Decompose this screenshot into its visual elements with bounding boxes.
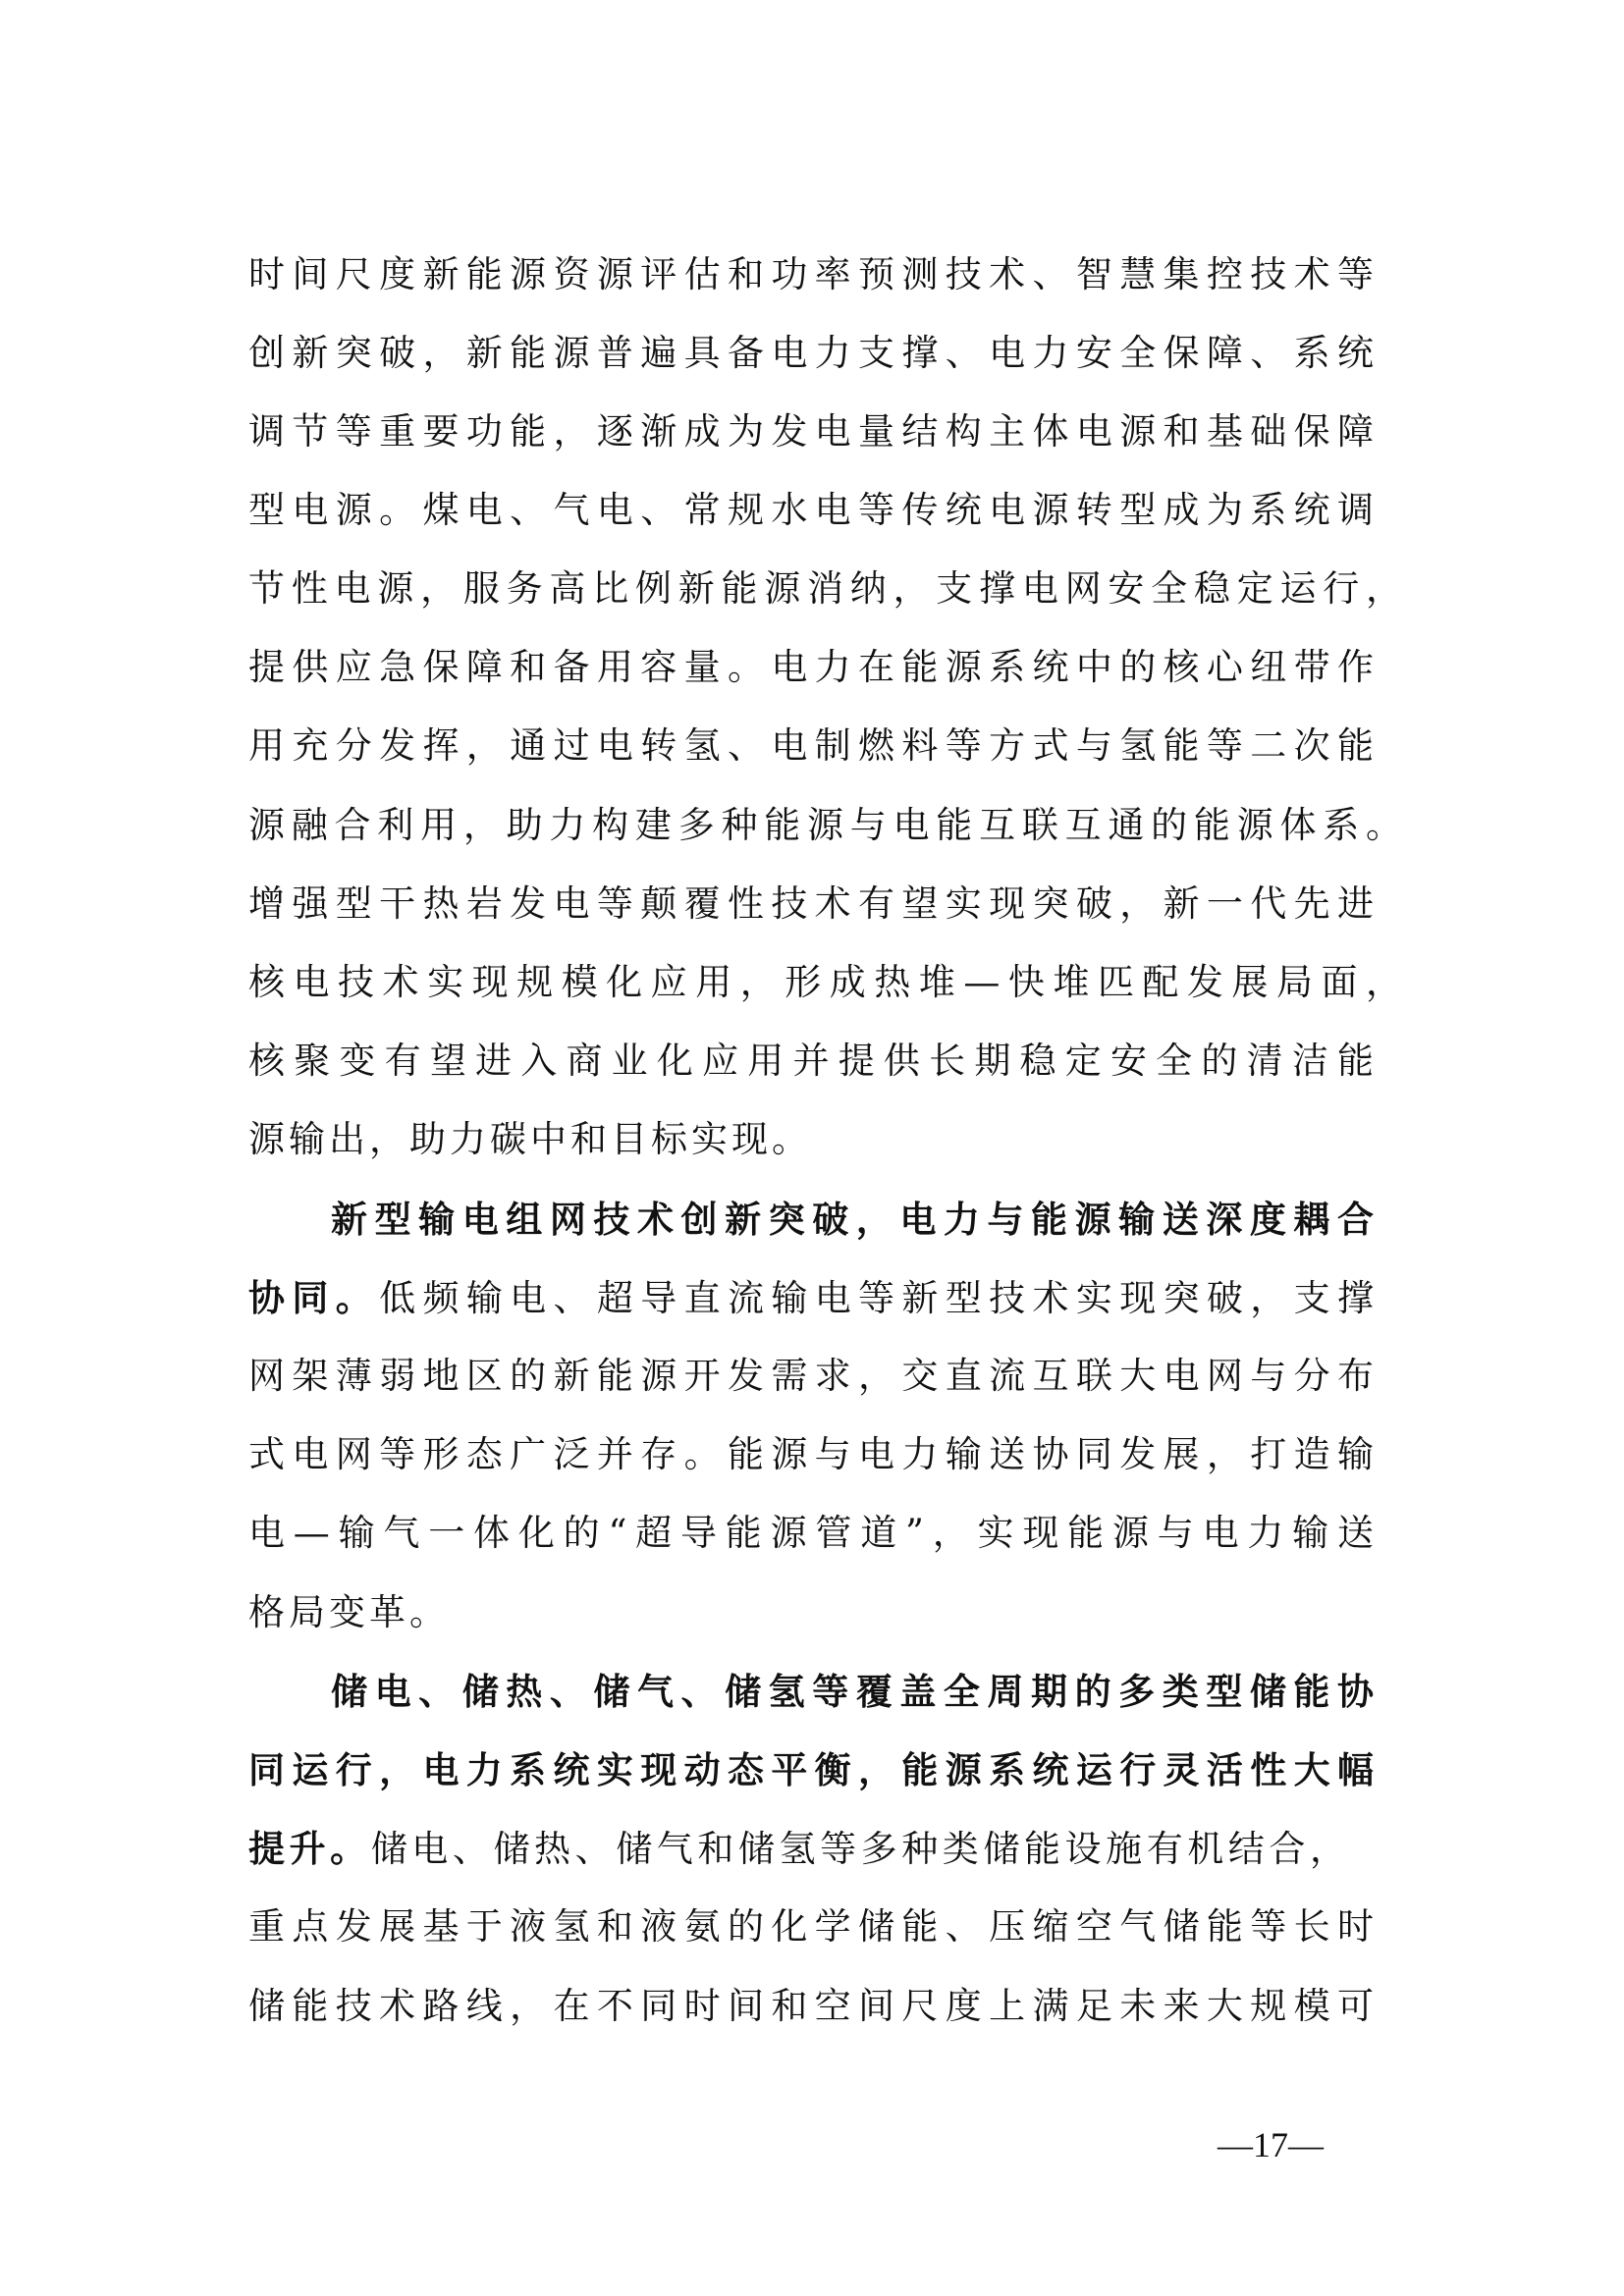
body-line: 增强型干热岩发电等颠覆性技术有望实现突破，新一代先进	[248, 865, 1374, 943]
paragraph-end-line: 格局变革。	[248, 1574, 1374, 1652]
body-line: 重点发展基于液氢和液氨的化学储能、压缩空气储能等长时	[248, 1888, 1374, 1966]
body-line: 型电源。煤电、气电、常规水电等传统电源转型成为系统调	[248, 471, 1374, 550]
body-line: 提供应急保障和备用容量。电力在能源系统中的核心纽带作	[248, 628, 1374, 707]
body-line: 时间尺度新能源资源评估和功率预测技术、智慧集控技术等	[248, 236, 1374, 314]
body-text: 储电、储热、储气和储氢等多种类储能设施有机结合，	[371, 1828, 1346, 1870]
body-line: 核聚变有望进入商业化应用并提供长期稳定安全的清洁能	[248, 1022, 1374, 1100]
body-line: 网架薄弱地区的新能源开发需求，交直流互联大电网与分布	[248, 1337, 1374, 1415]
heading-tail: 提升。	[248, 1827, 371, 1870]
section-heading-storage-cont: 同运行，电力系统实现动态平衡，能源系统运行灵活性大幅	[248, 1731, 1374, 1809]
body-line: 核电技术实现规模化应用，形成热堆—快堆匹配发展局面，	[248, 943, 1402, 1022]
body-line: 源融合利用，助力构建多种能源与电能互联互通的能源体系。	[248, 786, 1402, 865]
body-line: 式电网等形态广泛并存。能源与电力输送协同发展，打造输	[248, 1415, 1374, 1494]
body-line: 提升。储电、储热、储气和储氢等多种类储能设施有机结合，	[248, 1809, 1346, 1888]
body-line: 电—输气一体化的“超导能源管道”，实现能源与电力输送	[248, 1494, 1374, 1573]
body-line: 调节等重要功能，逐渐成为发电量结构主体电源和基础保障	[248, 393, 1374, 471]
document-page: 时间尺度新能源资源评估和功率预测技术、智慧集控技术等 创新突破，新能源普遍具备电…	[0, 0, 1624, 2296]
paragraph-end-line: 源输出，助力碳中和目标实现。	[248, 1100, 1374, 1179]
body-line: 用充分发挥，通过电转氢、电制燃料等方式与氢能等二次能	[248, 707, 1374, 785]
page-number: —17—	[1218, 2120, 1324, 2169]
section-heading-transmission: 新型输电组网技术创新突破，电力与能源输送深度耦合	[331, 1180, 1374, 1258]
body-line: 节性电源，服务高比例新能源消纳，支撑电网安全稳定运行，	[248, 550, 1402, 628]
section-heading-storage: 储电、储热、储气、储氢等覆盖全周期的多类型储能协	[331, 1652, 1374, 1731]
body-line: 储能技术路线，在不同时间和空间尺度上满足未来大规模可	[248, 1967, 1374, 2046]
body-line: 创新突破，新能源普遍具备电力支撑、电力安全保障、系统	[248, 314, 1374, 393]
body-line: 协同。低频输电、超导直流输电等新型技术实现突破，支撑	[248, 1258, 1374, 1337]
heading-tail: 协同。	[248, 1276, 379, 1319]
body-text: 低频输电、超导直流输电等新型技术实现突破，支撑	[379, 1277, 1374, 1319]
